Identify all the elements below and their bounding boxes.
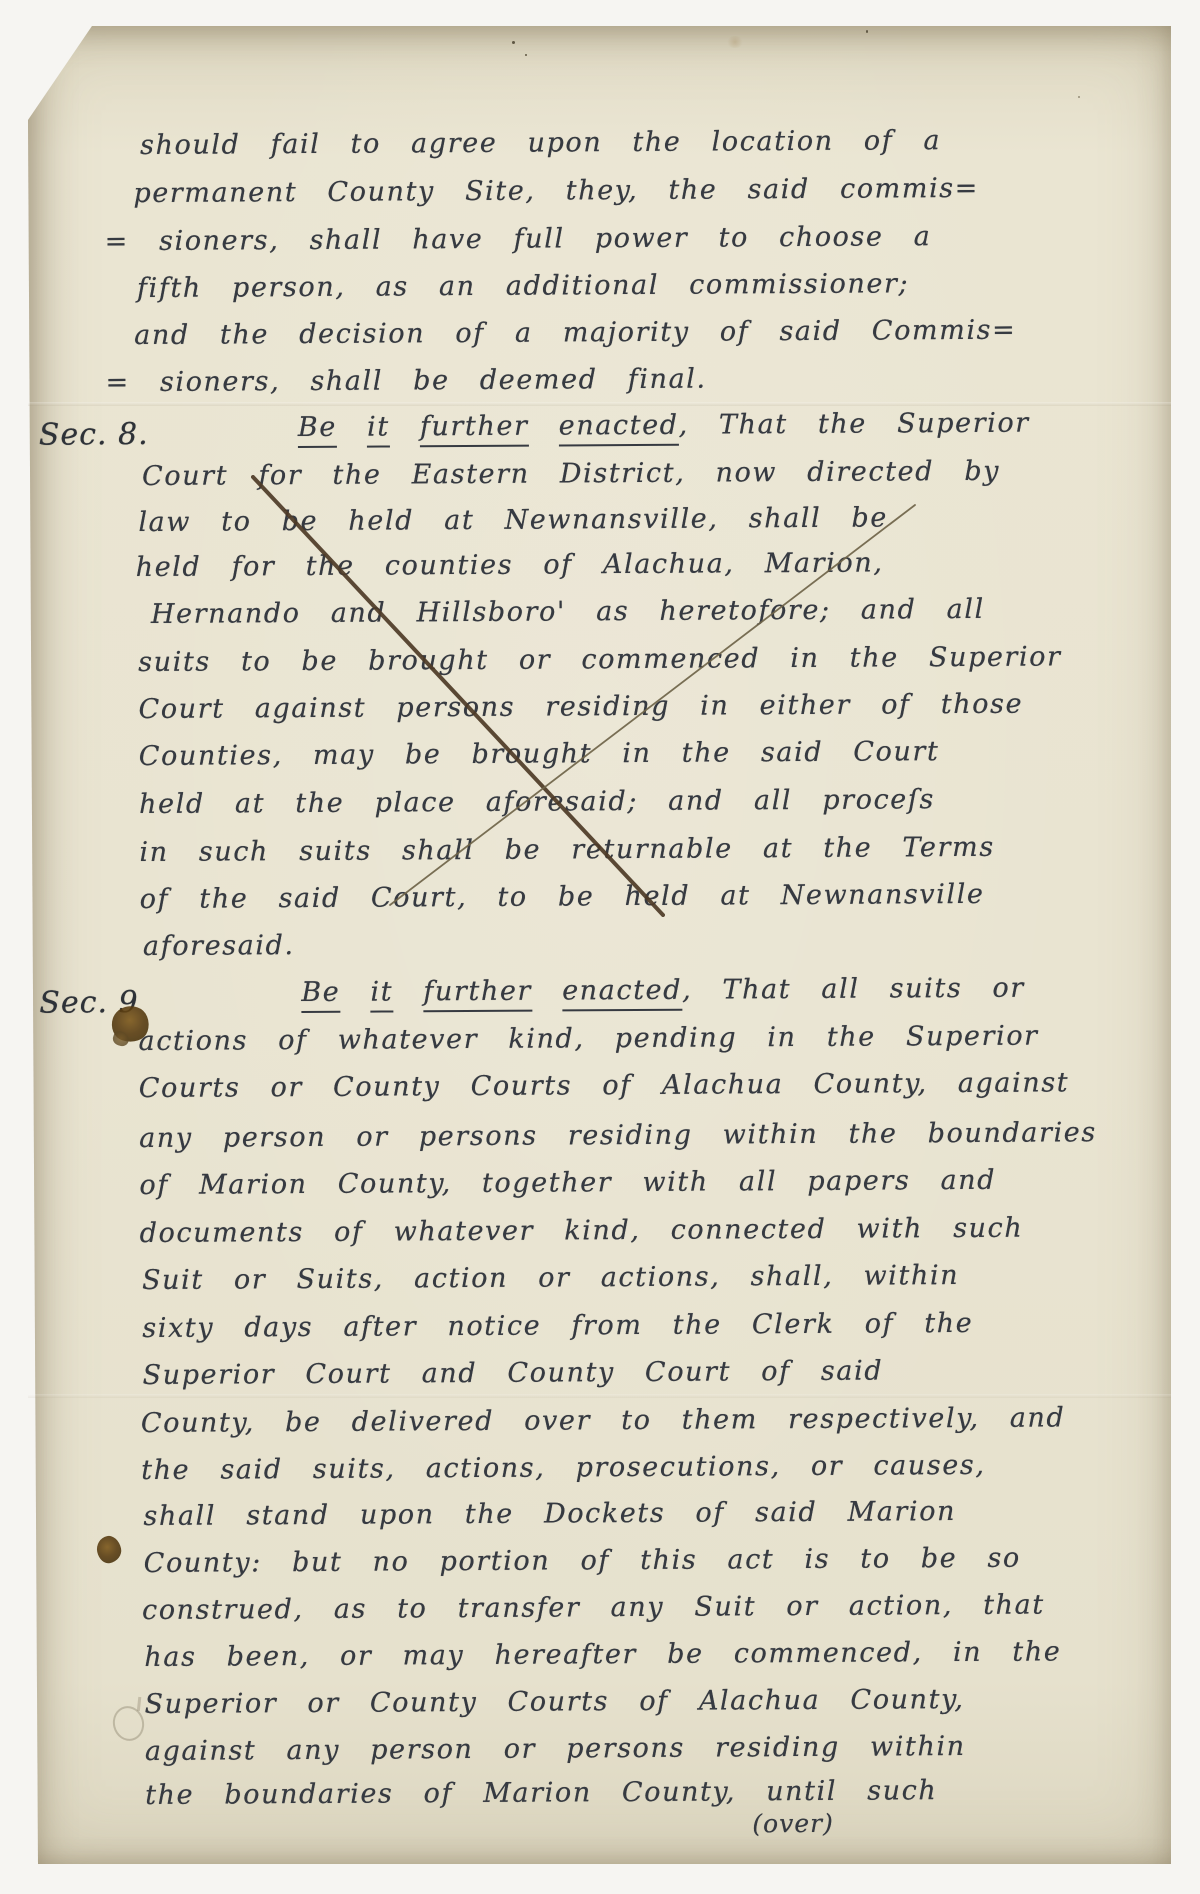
- manuscript-line: in such suits shall be returnable at the…: [139, 832, 995, 868]
- manuscript-line: aforesaid.: [143, 930, 295, 962]
- manuscript-line: County: but no portion of this act is to…: [144, 1543, 1021, 1579]
- manuscript-line: of Marion County, together with all pape…: [139, 1165, 996, 1201]
- manuscript-line: construed, as to transfer any Suit or ac…: [142, 1590, 1045, 1627]
- underlined-word: enacted: [559, 410, 679, 447]
- manuscript-line: Be it further enacted, That all suits or: [301, 973, 1025, 1008]
- manuscript-line: the said suits, actions, prosecutions, o…: [141, 1450, 986, 1486]
- manuscript-line: Courts or County Courts of Alachua Count…: [139, 1067, 1070, 1104]
- manuscript-line: and the decision of a majority of said C…: [134, 315, 1016, 351]
- underlined-word: Be: [298, 412, 337, 448]
- manuscript-text-layer: Sec. 8. Sec. 9 (over) should fail to agr…: [0, 0, 1200, 1894]
- underlined-word: it: [370, 976, 393, 1012]
- margin-note-sec8: Sec. 8.: [39, 420, 149, 451]
- paper-speck: [512, 41, 515, 44]
- manuscript-line: suits to be brought or commenced in the …: [138, 641, 1062, 678]
- manuscript-line: permanent County Site, they, the said co…: [133, 173, 979, 209]
- manuscript-line: the boundaries of Marion County, until s…: [145, 1775, 937, 1811]
- paper-stain: [726, 36, 744, 48]
- underlined-word: further: [423, 976, 532, 1013]
- manuscript-line: law to be held at Newnansville, shall be: [138, 502, 888, 538]
- manuscript-line: Hernando and Hillsboro' as heretofore; a…: [151, 594, 985, 630]
- manuscript-line: documents of whatever kind, connected wi…: [140, 1213, 1024, 1249]
- manuscript-line: Counties, may be brought in the said Cou…: [139, 736, 940, 772]
- manuscript-line: = sioners, shall be deemed final.: [105, 364, 706, 399]
- manuscript-line: of the said Court, to be held at Newnans…: [140, 879, 985, 915]
- manuscript-line: County, be delivered over to them respec…: [141, 1402, 1066, 1439]
- manuscript-line: actions of whatever kind, pending in the…: [138, 1021, 1038, 1058]
- underlined-word: further: [420, 411, 529, 448]
- over-note: (over): [752, 1811, 834, 1836]
- underlined-word: it: [367, 411, 390, 447]
- manuscript-line: fifth person, as an additional commissio…: [137, 268, 909, 304]
- paper-speck: [1078, 96, 1080, 98]
- manuscript-line: should fail to agree upon the location o…: [140, 125, 941, 161]
- manuscript-line: sixty days after notice from the Clerk o…: [142, 1308, 973, 1344]
- paper-speck: [866, 30, 868, 33]
- underlined-word: enacted: [562, 975, 682, 1012]
- manuscript-line: Superior or County Courts of Alachua Cou…: [145, 1684, 965, 1720]
- manuscript-line: held at the place aforesaid; and all pro…: [139, 784, 935, 820]
- manuscript-line: any person or persons residing within th…: [139, 1117, 1097, 1154]
- manuscript-line: = sioners, shall have full power to choo…: [105, 221, 932, 257]
- manuscript-line: held for the counties of Alachua, Marion…: [136, 547, 884, 583]
- manuscript-line: against any person or persons residing w…: [145, 1731, 966, 1767]
- manuscript-line: Court against persons residing in either…: [138, 689, 1023, 725]
- paper-speck: [525, 54, 527, 56]
- underlined-word: Be: [301, 977, 340, 1013]
- manuscript-line: has been, or may hereafter be commenced,…: [144, 1636, 1061, 1673]
- scanned-document-page: Sec. 8. Sec. 9 (over) should fail to agr…: [0, 0, 1200, 1894]
- manuscript-line: shall stand upon the Dockets of said Mar…: [143, 1496, 956, 1532]
- manuscript-line: Superior Court and County Court of said: [143, 1355, 884, 1391]
- manuscript-line: Court for the Eastern District, now dire…: [142, 456, 1000, 492]
- manuscript-line: Suit or Suits, action or actions, shall,…: [142, 1260, 959, 1296]
- manuscript-line: Be it further enacted, That the Superior: [298, 408, 1030, 444]
